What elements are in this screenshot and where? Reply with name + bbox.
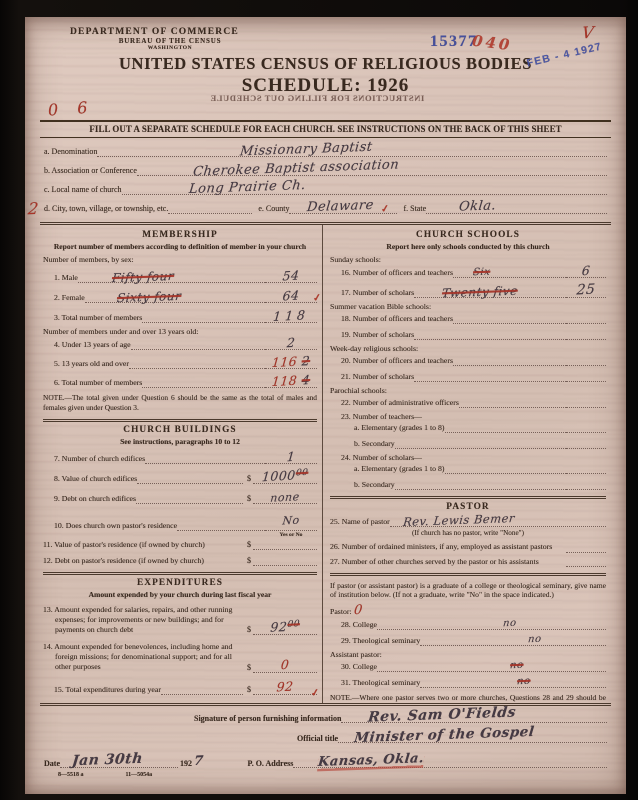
form-number-1: 8—5518 a bbox=[58, 772, 84, 778]
q3-line bbox=[142, 322, 265, 323]
q16-value: 6 bbox=[581, 265, 591, 278]
q23a-label: a. Elementary (grades 1 to 8) bbox=[330, 423, 445, 433]
q26-label: 26. Number of ordained ministers, if any… bbox=[330, 542, 566, 552]
q14-label: 14. Amount expended for benevolences, in… bbox=[43, 642, 243, 672]
county-label: e. County bbox=[252, 204, 289, 214]
q6-row: 6. Total number of members 118 4 bbox=[43, 378, 317, 388]
q21-label: 21. Number of scholars bbox=[330, 372, 414, 382]
q6-line bbox=[142, 387, 265, 388]
q6-correction-and-original: 118 4 bbox=[271, 374, 310, 389]
q20-answer bbox=[566, 365, 606, 366]
q4-answer: 2 bbox=[265, 349, 317, 350]
q29-label: 29. Theological seminary bbox=[330, 636, 420, 646]
q5-answer: 116 2 bbox=[265, 368, 317, 369]
q16-struck-words: Six bbox=[473, 268, 491, 279]
q1-label: 1. Male bbox=[43, 273, 78, 283]
q2-row: 2. Female Sixty four 64✓ bbox=[43, 293, 317, 303]
q12-label: 12. Debt on pastor's residence (if owned… bbox=[43, 556, 243, 566]
identification-section: a. Denomination Missionary Baptist b. As… bbox=[40, 147, 611, 214]
red-zero-mark: 0 bbox=[353, 604, 363, 617]
sunday-schools-heading: Sunday schools: bbox=[330, 255, 606, 264]
q15-value: 92 bbox=[276, 681, 294, 694]
city-label: d. City, town, village, or township, etc… bbox=[44, 204, 168, 214]
q14-value: 0 bbox=[280, 659, 290, 672]
q28-line: no bbox=[377, 629, 606, 630]
q13-value: 92 bbox=[270, 619, 288, 635]
q21-answer bbox=[566, 381, 606, 382]
official-title-line: Minister of the Gospel bbox=[338, 742, 607, 743]
q16-line: Six bbox=[453, 277, 566, 278]
q15-line bbox=[161, 694, 243, 695]
q19-label: 19. Number of scholars bbox=[330, 330, 414, 340]
form-body-columns: MEMBERSHIP Report number of members acco… bbox=[40, 225, 611, 703]
q8-line bbox=[137, 483, 243, 484]
form-header: DEPARTMENT OF COMMERCE BUREAU OF THE CEN… bbox=[40, 27, 611, 115]
q24a-label: a. Elementary (grades 1 to 8) bbox=[330, 464, 445, 474]
q5-label: 5. 13 years old and over bbox=[43, 359, 129, 369]
q9-label: 9. Debt on church edifices bbox=[43, 494, 136, 504]
q10-line bbox=[177, 530, 265, 531]
pastor-title: PASTOR bbox=[330, 502, 606, 512]
official-title-row: Official title Minister of the Gospel bbox=[44, 734, 607, 743]
q28-value: no bbox=[502, 619, 517, 630]
q24b-answer bbox=[566, 489, 606, 490]
q6-red-value: 118 bbox=[271, 373, 298, 389]
q2-label: 2. Female bbox=[43, 293, 85, 303]
weekday-schools-heading: Week-day religious schools: bbox=[330, 344, 606, 353]
q8-value: 1000 bbox=[261, 467, 296, 484]
q11-row: 11. Value of pastor's residence (if owne… bbox=[43, 540, 317, 550]
q6-answer: 118 4 bbox=[265, 387, 317, 388]
q8-row: 8. Value of church edifices $ 100000 bbox=[43, 474, 317, 484]
association-value: Cherokee Baptist association bbox=[193, 158, 400, 178]
q31-row: 31. Theological seminary no bbox=[330, 678, 606, 688]
q7-row: 7. Number of church edifices 1 bbox=[43, 454, 317, 464]
city-line bbox=[168, 213, 252, 214]
dollar-sign: $ bbox=[243, 663, 253, 673]
q9-line bbox=[136, 503, 243, 504]
q15-answer: 92✓ bbox=[253, 694, 317, 695]
q16-row: 16. Number of officers and teachers Six … bbox=[330, 268, 606, 278]
q21-row: 21. Number of scholars bbox=[330, 372, 606, 382]
q29-line: no bbox=[420, 645, 606, 646]
q2-struck-words: Sixty four bbox=[117, 290, 183, 304]
q8-value-group: 100000 bbox=[261, 469, 308, 484]
church-name-label: c. Local name of church bbox=[44, 185, 122, 195]
dollar-sign: $ bbox=[243, 556, 253, 566]
form-numbers: 8—5518 a 11—5054a bbox=[58, 772, 607, 778]
date-line: Jan 30th bbox=[60, 767, 178, 768]
church-name-line: Long Prairie Ch. bbox=[122, 194, 607, 195]
q5-red-value: 116 bbox=[271, 354, 298, 370]
signature-label: Signature of person furnishing informati… bbox=[194, 714, 341, 723]
q2-answer: 64✓ bbox=[265, 302, 317, 303]
association-row: b. Association or Conference Cherokee Ba… bbox=[44, 166, 607, 176]
date-address-row: Date Jan 30th 192 7 P. O. Address Kansas… bbox=[44, 755, 607, 768]
q30-row: 30. College no bbox=[330, 662, 606, 672]
official-title-value: Minister of the Gospel bbox=[354, 726, 536, 746]
q6-struck-value: 4 bbox=[301, 372, 311, 388]
pastor-note: NOTE.—Where one pastor serves two or mor… bbox=[330, 693, 606, 703]
members-by-sex-heading: Number of members, by sex: bbox=[43, 255, 317, 264]
q13-value-group: 9200 bbox=[270, 620, 300, 635]
department-name: DEPARTMENT OF COMMERCE bbox=[70, 27, 270, 37]
q20-line bbox=[453, 365, 566, 366]
q11-answer bbox=[253, 549, 317, 550]
instruction-banner: FILL OUT A SEPARATE SCHEDULE FOR EACH CH… bbox=[40, 120, 611, 138]
po-address-line: Kansas, Okla. bbox=[293, 767, 607, 768]
q2-value: 64 bbox=[282, 289, 300, 302]
serial-overwrite-red: 040 bbox=[471, 34, 513, 54]
section-rule bbox=[330, 573, 606, 576]
q4-label: 4. Under 13 years of age bbox=[43, 340, 131, 350]
q2-line: Sixty four bbox=[85, 302, 265, 303]
q23a-answer bbox=[566, 432, 606, 433]
q19-row: 19. Number of scholars bbox=[330, 330, 606, 340]
state-label: f. State bbox=[397, 204, 426, 214]
q1-line: Fifty four bbox=[78, 282, 265, 283]
q21-line bbox=[414, 381, 566, 382]
q17-row: 17. Number of scholars Twenty five 25 bbox=[330, 288, 606, 298]
association-line: Cherokee Baptist association bbox=[137, 175, 607, 176]
q5-row: 5. 13 years old and over 116 2 bbox=[43, 359, 317, 369]
dollar-sign: $ bbox=[243, 494, 253, 504]
q13-row: 13. Amount expended for salaries, repair… bbox=[43, 605, 317, 635]
q22-row: 22. Number of administrative officers bbox=[330, 398, 606, 408]
q4-value: 2 bbox=[286, 337, 296, 350]
q11-label: 11. Value of pastor's residence (if owne… bbox=[43, 540, 243, 550]
q14-row: 14. Amount expended for benevolences, in… bbox=[43, 642, 317, 672]
q17-answer: 25 bbox=[566, 297, 606, 298]
census-form-paper: DEPARTMENT OF COMMERCE BUREAU OF THE CEN… bbox=[25, 17, 626, 794]
q7-line bbox=[145, 463, 265, 464]
q22-answer bbox=[566, 407, 606, 408]
state-line: Okla. bbox=[426, 213, 607, 214]
q24b-label: b. Secondary bbox=[330, 480, 395, 490]
q17-struck-words: Twenty five bbox=[441, 285, 518, 300]
q18-line bbox=[453, 323, 566, 324]
q23b-line bbox=[395, 448, 566, 449]
q29-row: 29. Theological seminary no bbox=[330, 636, 606, 646]
q1-answer: 54 bbox=[265, 282, 317, 283]
q27-row: 27. Number of other churches served by t… bbox=[330, 557, 606, 567]
q29-value: no bbox=[527, 635, 542, 646]
signature-section: Signature of person furnishing informati… bbox=[40, 714, 611, 778]
pastor-subheading-label: Pastor: bbox=[330, 607, 352, 616]
q5-line bbox=[129, 368, 265, 369]
year-written: 7 bbox=[193, 755, 204, 768]
church-name-row: c. Local name of church Long Prairie Ch. bbox=[44, 185, 607, 195]
q10-row: 10. Does church own pastor's residence N… bbox=[43, 518, 317, 531]
dollar-sign: $ bbox=[243, 625, 253, 635]
church-name-value: Long Prairie Ch. bbox=[189, 178, 307, 195]
q25-label: 25. Name of pastor bbox=[330, 517, 390, 527]
q25-row: 25. Name of pastor Rev. Lewis Bemer bbox=[330, 517, 606, 527]
q23a-line bbox=[445, 432, 567, 433]
official-title-label: Official title bbox=[297, 734, 338, 743]
denomination-line: Missionary Baptist bbox=[97, 156, 607, 157]
po-address-value: Kansas, Okla. bbox=[318, 752, 425, 769]
q30-line: no bbox=[377, 671, 606, 672]
signature-row: Signature of person furnishing informati… bbox=[44, 714, 607, 723]
q3-value: 118 bbox=[273, 309, 310, 323]
q16-label: 16. Number of officers and teachers bbox=[330, 268, 453, 278]
red-checkmark: ✓ bbox=[310, 687, 320, 699]
q1-value: 54 bbox=[282, 269, 300, 282]
q23b-label: b. Secondary bbox=[330, 439, 395, 449]
q22-line bbox=[459, 407, 566, 408]
association-label: b. Association or Conference bbox=[44, 166, 137, 176]
membership-subtitle: Report number of members according to de… bbox=[43, 242, 317, 251]
buildings-title: CHURCH BUILDINGS bbox=[43, 425, 317, 435]
q28-label: 28. College bbox=[330, 620, 377, 630]
q7-label: 7. Number of church edifices bbox=[43, 454, 145, 464]
q1-struck-words: Fifty four bbox=[111, 270, 174, 284]
q5-struck-value: 2 bbox=[301, 353, 311, 369]
q23-heading: 23. Number of teachers— bbox=[330, 412, 606, 421]
q30-label: 30. College bbox=[330, 662, 377, 672]
q23a-row: a. Elementary (grades 1 to 8) bbox=[330, 423, 606, 433]
q13-answer: 9200 bbox=[253, 634, 317, 635]
q12-answer bbox=[253, 565, 317, 566]
q9-value: none bbox=[270, 491, 300, 504]
left-column: MEMBERSHIP Report number of members acco… bbox=[40, 225, 323, 703]
q6-label: 6. Total number of members bbox=[43, 378, 142, 388]
dollar-sign: $ bbox=[243, 474, 253, 484]
parochial-schools-heading: Parochial schools: bbox=[330, 386, 606, 395]
date-label: Date bbox=[44, 759, 60, 768]
q5-correction-and-original: 116 2 bbox=[271, 355, 310, 370]
q31-label: 31. Theological seminary bbox=[330, 678, 420, 688]
red-v-mark: V bbox=[581, 25, 595, 41]
q7-answer: 1 bbox=[265, 463, 317, 464]
q18-answer bbox=[566, 323, 606, 324]
date-value: Jan 30th bbox=[71, 752, 143, 769]
year-printed: 192 bbox=[178, 759, 194, 768]
summer-schools-heading: Summer vacation Bible schools: bbox=[330, 302, 606, 311]
members-by-age-heading: Number of members under and over 13 year… bbox=[43, 327, 317, 336]
scan-background: DEPARTMENT OF COMMERCE BUREAU OF THE CEN… bbox=[0, 0, 638, 800]
q15-row: 15. Total expenditures during year $ 92✓ bbox=[43, 685, 317, 695]
q27-answer bbox=[566, 566, 606, 567]
q13-struck-cents: 00 bbox=[287, 619, 300, 630]
q17-line: Twenty five bbox=[414, 297, 566, 298]
red-margin-code: 0 6 bbox=[47, 99, 94, 118]
q23b-row: b. Secondary bbox=[330, 439, 606, 449]
form-number-2: 11—5054a bbox=[126, 772, 153, 778]
q13-label: 13. Amount expended for salaries, repair… bbox=[43, 605, 243, 635]
bureau-city: WASHINGTON bbox=[70, 45, 270, 51]
dollar-sign: $ bbox=[243, 540, 253, 550]
q23b-answer bbox=[566, 448, 606, 449]
q10-label: 10. Does church own pastor's residence bbox=[43, 521, 177, 531]
red-checkmark: ✓ bbox=[312, 293, 322, 305]
footer-divider bbox=[40, 703, 611, 706]
q20-label: 20. Number of officers and teachers bbox=[330, 356, 453, 366]
po-address-label: P. O. Address bbox=[248, 759, 294, 768]
pastor-subheading: Pastor: 0 bbox=[330, 604, 606, 617]
denomination-label: a. Denomination bbox=[44, 147, 97, 157]
q12-row: 12. Debt on pastor's residence (if owned… bbox=[43, 556, 317, 566]
signature-line: Rev. Sam O'Fields bbox=[341, 722, 607, 723]
city-county-state-row: 2 d. City, town, village, or township, e… bbox=[44, 204, 607, 214]
schools-subtitle: Report here only schools conducted by th… bbox=[330, 242, 606, 251]
q24a-answer bbox=[566, 473, 606, 474]
q31-value: no bbox=[516, 677, 531, 688]
q4-line bbox=[131, 349, 265, 350]
q24a-line bbox=[445, 473, 567, 474]
q24a-row: a. Elementary (grades 1 to 8) bbox=[330, 464, 606, 474]
buildings-subtitle: See instructions, paragraphs 10 to 12 bbox=[43, 437, 317, 446]
denomination-row: a. Denomination Missionary Baptist bbox=[44, 147, 607, 157]
q8-struck-cents: 00 bbox=[295, 468, 308, 479]
q19-answer bbox=[566, 339, 606, 340]
assistant-pastor-subheading: Assistant pastor: bbox=[330, 650, 606, 659]
q16-answer: 6 bbox=[566, 277, 606, 278]
q17-label: 17. Number of scholars bbox=[330, 288, 414, 298]
membership-title: MEMBERSHIP bbox=[43, 230, 317, 240]
section-rule bbox=[43, 572, 317, 575]
bleed-through-text: INSTRUCTIONS FOR FILLING OUT SCHEDULE bbox=[210, 93, 424, 103]
q25-line: Rev. Lewis Bemer bbox=[390, 526, 606, 527]
q15-label: 15. Total expenditures during year bbox=[43, 685, 161, 695]
expenditures-title: EXPENDITURES bbox=[43, 578, 317, 588]
denomination-value: Missionary Baptist bbox=[239, 140, 373, 158]
q30-value: no bbox=[509, 661, 524, 672]
q18-label: 18. Number of officers and teachers bbox=[330, 314, 453, 324]
expenditures-subtitle: Amount expended by your church during la… bbox=[43, 590, 317, 599]
state-value: Okla. bbox=[458, 199, 496, 213]
q22-label: 22. Number of administrative officers bbox=[330, 398, 459, 408]
q1-row: 1. Male Fifty four 54 bbox=[43, 273, 317, 283]
q10-hint: Yes or No bbox=[265, 532, 317, 538]
dollar-sign: $ bbox=[243, 685, 253, 695]
q17-value: 25 bbox=[576, 283, 596, 298]
serial-number-stamp: 15377 040 bbox=[430, 33, 478, 51]
q25-value: Rev. Lewis Bemer bbox=[402, 513, 515, 528]
red-checkmark: ✓ bbox=[380, 203, 390, 215]
q8-answer: 100000 bbox=[253, 483, 317, 484]
q10-value: No bbox=[282, 515, 300, 527]
graduate-note: If pastor (or assistant pastor) is a gra… bbox=[330, 581, 606, 601]
section-rule bbox=[330, 496, 606, 499]
q24b-row: b. Secondary bbox=[330, 480, 606, 490]
q28-row: 28. College no bbox=[330, 620, 606, 630]
q3-row: 3. Total number of members 118 bbox=[43, 313, 317, 323]
schools-title: CHURCH SCHOOLS bbox=[330, 230, 606, 240]
q27-label: 27. Number of other churches served by t… bbox=[330, 557, 566, 567]
q24-heading: 24. Number of scholars— bbox=[330, 453, 606, 462]
q14-answer: 0 bbox=[253, 672, 317, 673]
q9-row: 9. Debt on church edifices $ none bbox=[43, 494, 317, 504]
red-margin-mark-d: 2 bbox=[27, 200, 39, 216]
q19-line bbox=[414, 339, 566, 340]
section-rule bbox=[43, 419, 317, 422]
q4-row: 4. Under 13 years of age 2 bbox=[43, 340, 317, 350]
q24b-line bbox=[395, 489, 566, 490]
q25-hint: (If church has no pastor, write "None") bbox=[330, 529, 606, 538]
q31-line: no bbox=[420, 687, 606, 688]
q26-row: 26. Number of ordained ministers, if any… bbox=[330, 542, 606, 552]
q9-answer: none bbox=[253, 503, 317, 504]
agency-block: DEPARTMENT OF COMMERCE BUREAU OF THE CEN… bbox=[70, 27, 270, 51]
q3-answer: 118 bbox=[265, 322, 317, 323]
membership-note: NOTE.—The total given under Question 6 s… bbox=[43, 393, 317, 412]
q8-label: 8. Value of church edifices bbox=[43, 474, 137, 484]
county-line: ✓ Delaware bbox=[289, 213, 397, 214]
county-value: Delaware bbox=[306, 198, 374, 213]
q7-value: 1 bbox=[286, 450, 296, 463]
signature-value: Rev. Sam O'Fields bbox=[367, 706, 516, 725]
q10-answer: NoYes or No bbox=[265, 518, 317, 531]
q20-row: 20. Number of officers and teachers bbox=[330, 356, 606, 366]
right-column: CHURCH SCHOOLS Report here only schools … bbox=[323, 225, 611, 703]
q3-label: 3. Total number of members bbox=[43, 313, 142, 323]
q26-answer bbox=[566, 552, 606, 553]
q18-row: 18. Number of officers and teachers bbox=[330, 314, 606, 324]
bureau-name: BUREAU OF THE CENSUS bbox=[70, 37, 270, 45]
